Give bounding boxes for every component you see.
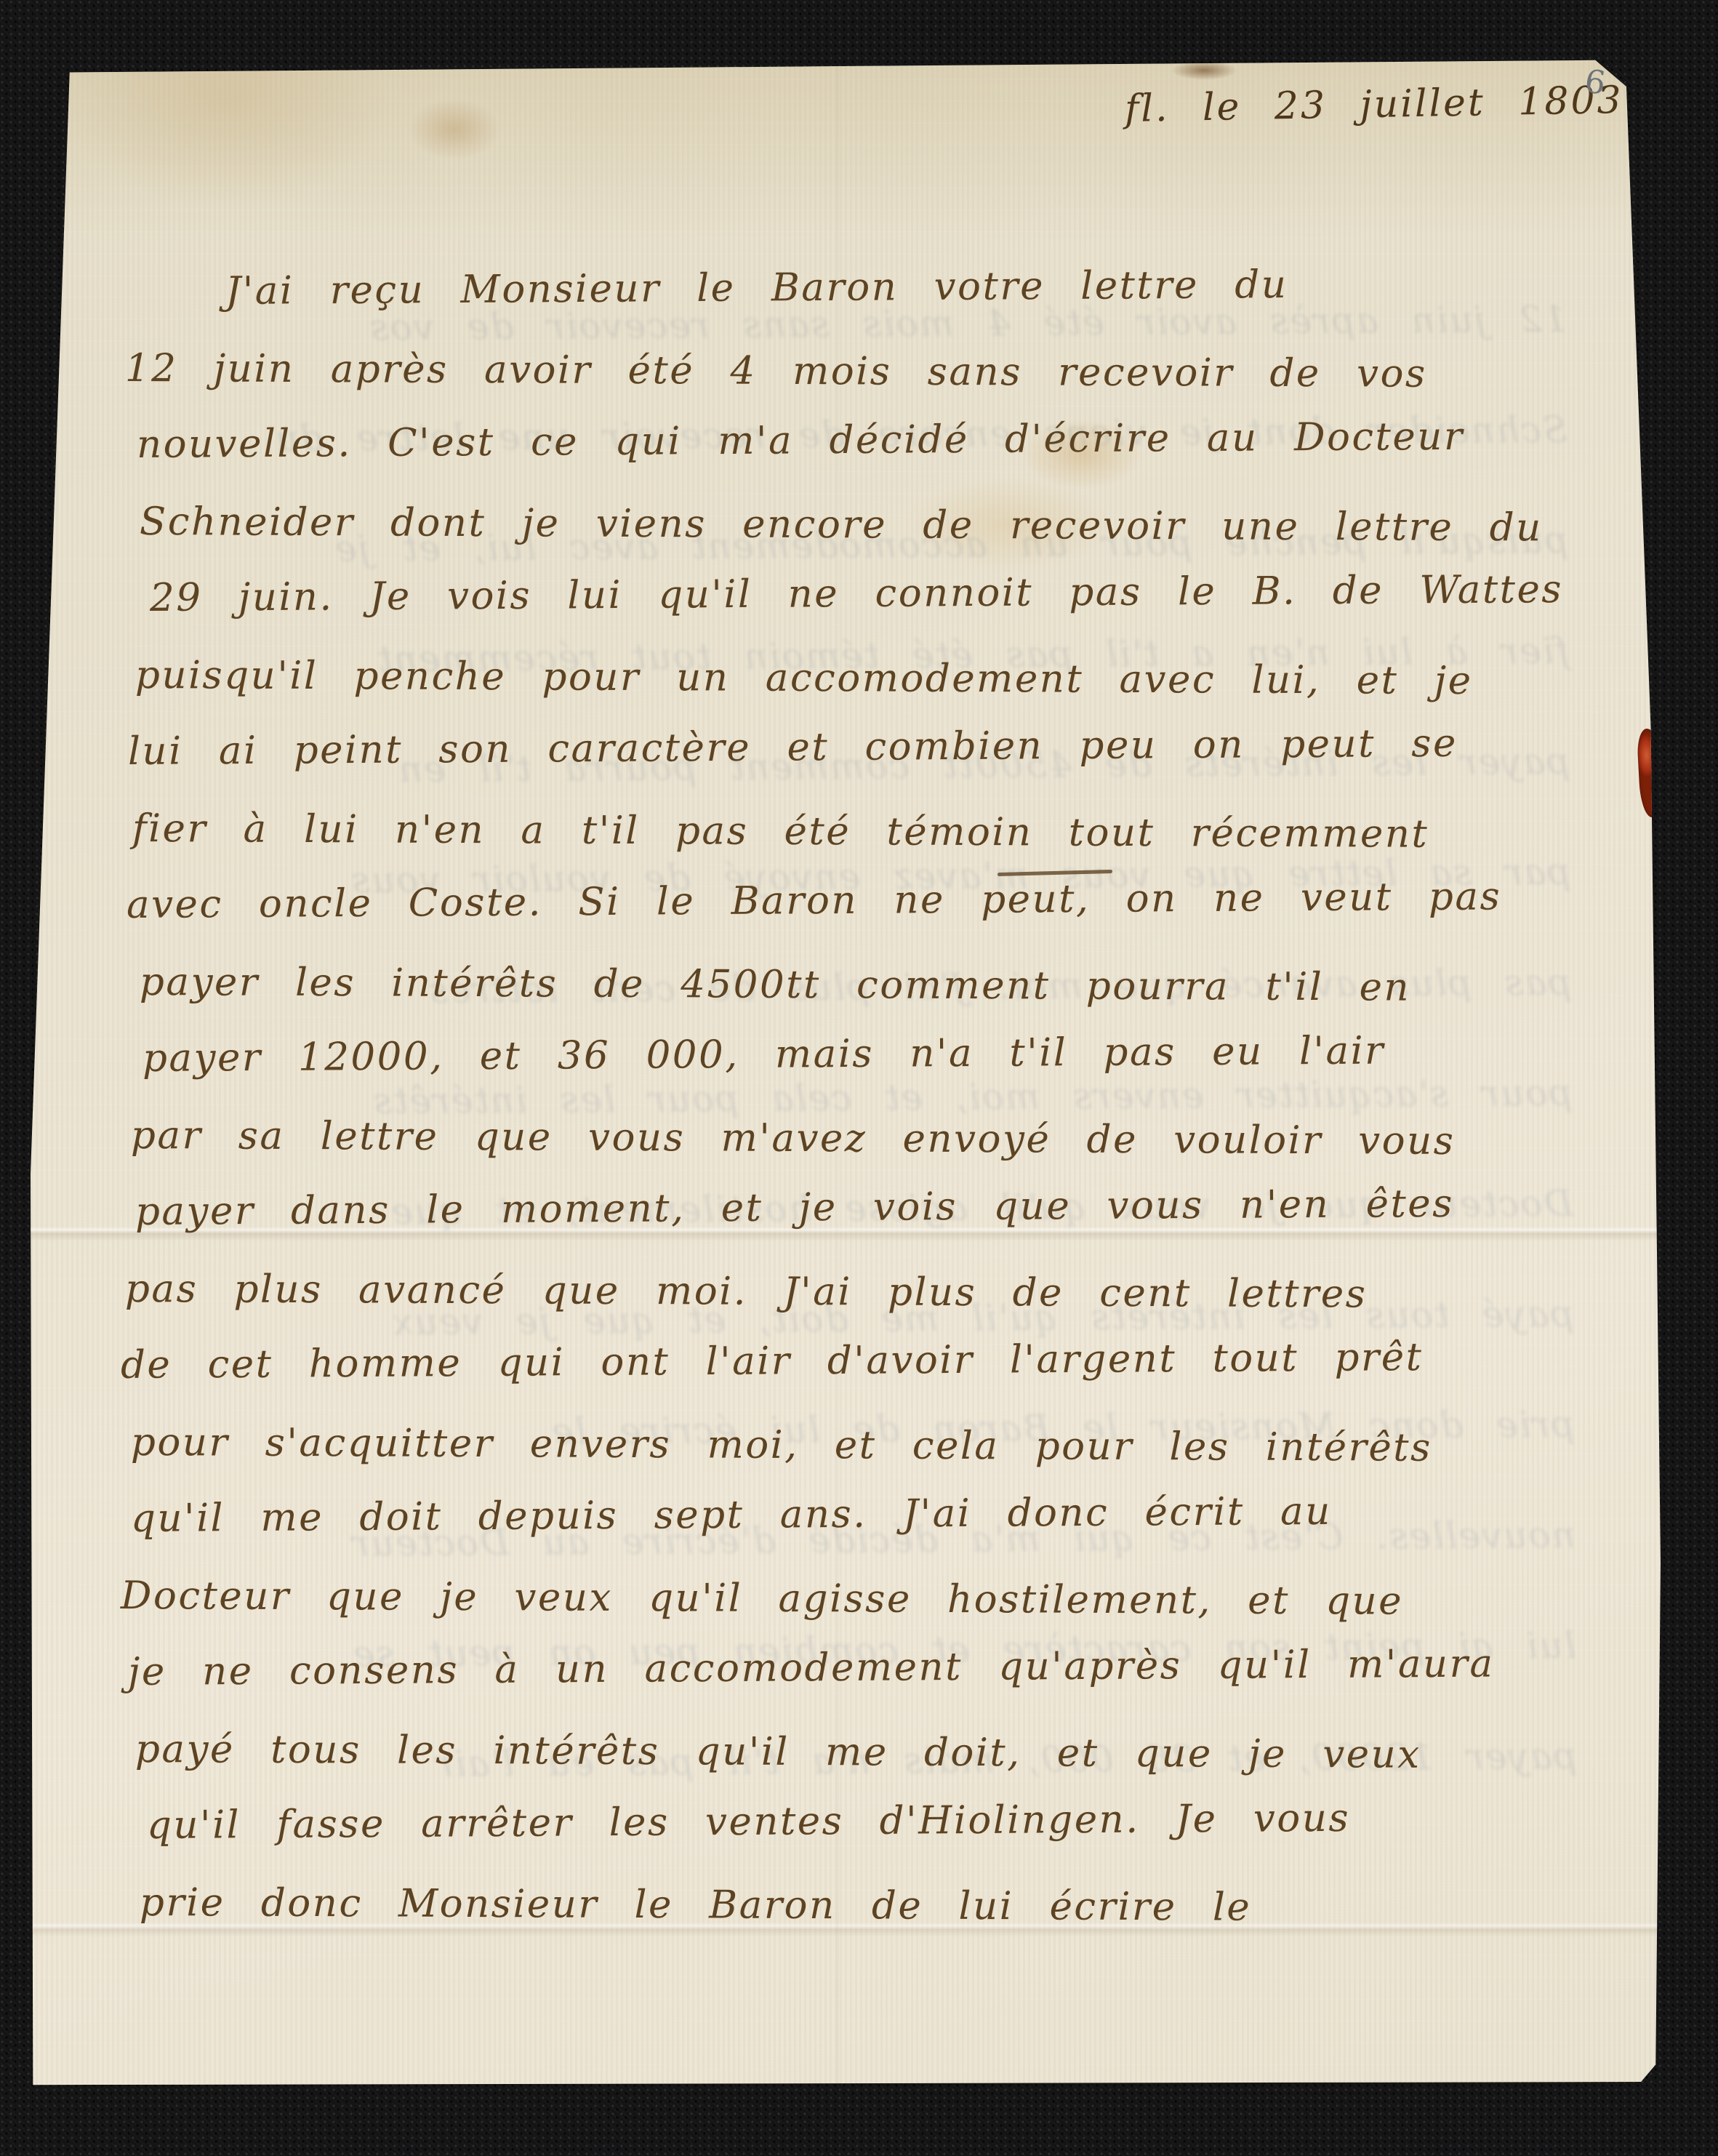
wax-seal-remnant bbox=[1637, 728, 1663, 817]
letter-line: qu'il me doit depuis sept ans. J'ai donc… bbox=[131, 1472, 1615, 1558]
letter-line: je ne consens à un accomodement qu'après… bbox=[128, 1625, 1615, 1711]
letter-line: qu'il fasse arrêter les ventes d'Hioling… bbox=[147, 1779, 1615, 1864]
letter-line: J'ai reçu Monsieur le Baron votre lettre… bbox=[225, 244, 1615, 329]
letter-line: prie donc Monsieur le Baron de lui écrir… bbox=[140, 1864, 1614, 1947]
letter-line: avec oncle Coste. Si le Baron ne peut, o… bbox=[127, 858, 1615, 944]
letter-page: 12 juin après avoir été 4 mois sans rece… bbox=[31, 58, 1661, 2087]
letter-line: 29 juin. Je vois lui qu'il ne connoit pa… bbox=[150, 551, 1615, 637]
letter-line: lui ai peint son caractère et combien pe… bbox=[128, 705, 1615, 790]
letter-line: payer 12000, et 36 000, mais n'a t'il pa… bbox=[143, 1011, 1615, 1097]
letter-line: nouvelles. C'est ce qui m'a décidé d'écr… bbox=[137, 398, 1615, 484]
date-line: fl. le 23 juillet 1803 bbox=[1125, 79, 1624, 131]
letter-line: payer dans le moment, et je vois que vou… bbox=[135, 1165, 1615, 1251]
letter-line: de cet homme qui ont l'air d'avoir l'arg… bbox=[121, 1318, 1615, 1403]
letter-body: J'ai reçu Monsieur le Baron votre lettre… bbox=[116, 253, 1614, 1941]
scanned-letter-photo: { "page_number": "6", "date_line": "fl. … bbox=[0, 0, 1718, 2156]
